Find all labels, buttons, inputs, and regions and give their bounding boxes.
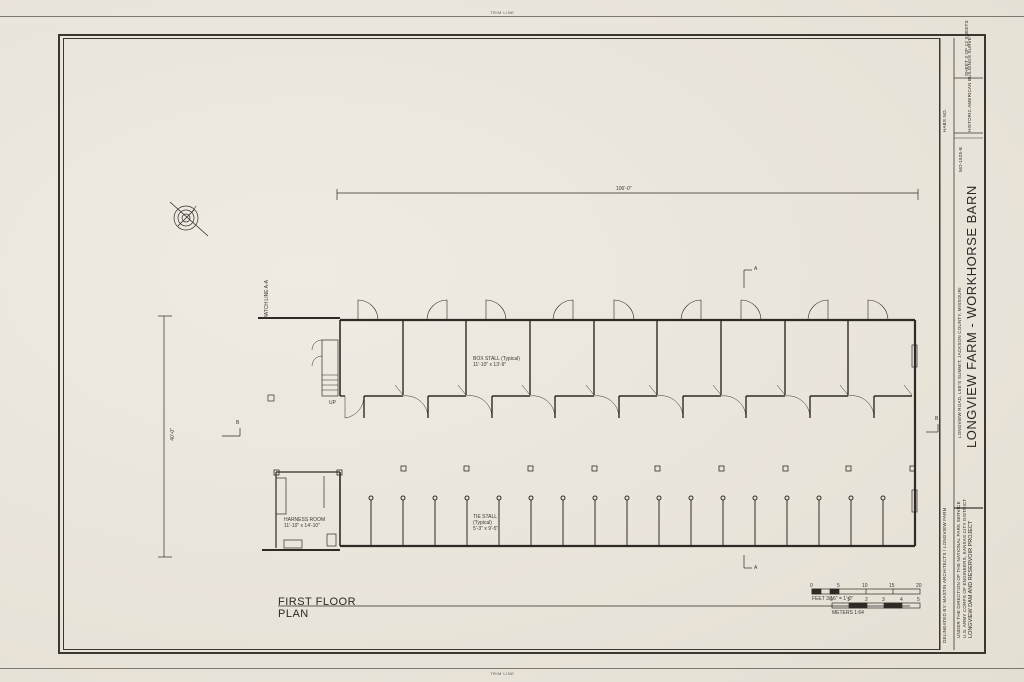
meter-tick-0: 0 <box>830 597 833 603</box>
box-stall-partitions <box>403 320 848 395</box>
meters-scale-label: METERS 1:64 <box>832 610 864 616</box>
plan-title-line2: PLAN <box>278 608 356 620</box>
box-stall-label: BOX STALL (Typical) 11'-10" x 13'-9" <box>473 356 520 368</box>
section-b-right-label: B <box>935 416 938 422</box>
plan-title: FIRST FLOOR PLAN <box>278 596 356 620</box>
posts <box>401 466 915 471</box>
section-marker-b-left <box>222 428 240 436</box>
tie-stall-dims: 5'-3" x 9'-5" <box>473 526 498 532</box>
exterior-door-swings <box>358 300 888 320</box>
harness-room-label: HARNESS ROOM 11'-10" x 14'-10" <box>284 517 325 529</box>
feet-tick-5: 5 <box>837 583 840 589</box>
feet-tick-0: 0 <box>810 583 813 589</box>
stair-up-label: UP <box>329 400 336 406</box>
floor-plan <box>0 0 1024 682</box>
section-b-left-label: B <box>236 420 239 426</box>
section-marker-b-right <box>926 424 938 432</box>
tie-stall-partitions <box>369 496 885 546</box>
stall-door-swings <box>345 385 912 418</box>
meter-tick-4: 4 <box>900 597 903 603</box>
meter-tick-1: 1 <box>847 597 850 603</box>
meter-tick-2: 2 <box>865 597 868 603</box>
feet-tick-20: 20 <box>916 583 922 589</box>
box-stall-fronts <box>340 396 912 418</box>
section-marker-a-bottom <box>744 555 752 568</box>
section-a-top-label: A <box>754 266 757 272</box>
match-line-label: MATCH LINE A-A <box>264 280 270 319</box>
box-stall-dims: 11'-10" x 13'-9" <box>473 362 520 368</box>
harness-room-dims: 11'-10" x 14'-10" <box>284 523 325 529</box>
overall-width-dimension: 40'-0" <box>170 428 176 441</box>
tie-stall-label: TIE STALL (Typical) 5'-3" x 9'-5" <box>473 514 498 532</box>
feet-tick-10: 10 <box>862 583 868 589</box>
north-arrow-icon <box>170 202 208 236</box>
overall-length-dimension: 106'-0" <box>616 186 632 192</box>
section-marker-a-top <box>744 270 752 288</box>
plan-title-line1: FIRST FLOOR <box>278 596 356 608</box>
feet-tick-15: 15 <box>889 583 895 589</box>
meter-tick-5: 5 <box>917 597 920 603</box>
section-a-bottom-label: A <box>754 565 757 571</box>
meter-tick-3: 3 <box>882 597 885 603</box>
